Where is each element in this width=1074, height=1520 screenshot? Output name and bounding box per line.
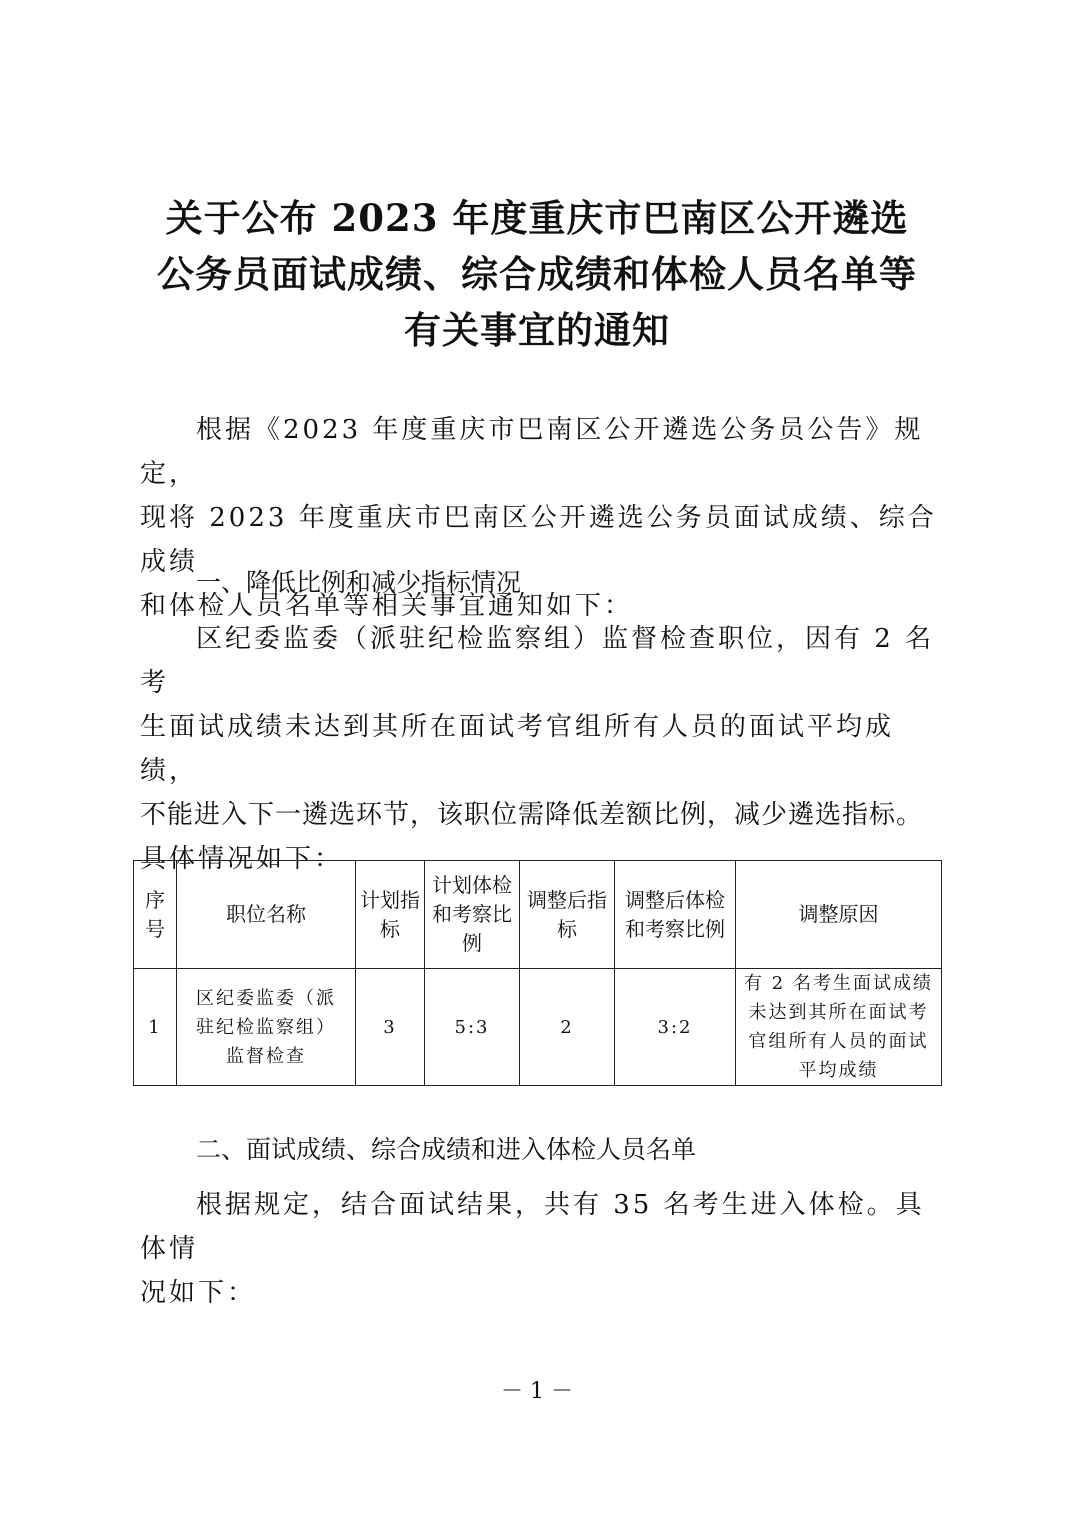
header-adjusted-ratio: 调整后体检和考察比例 [615, 861, 736, 969]
s2-line-1: 根据规定，结合面试结果，共有 35 名考生进入体检。具体情 [140, 1183, 940, 1271]
s1-line-3: 不能进入下一遴选环节，该职位需降低差额比例，减少遴选指标。 [140, 793, 940, 837]
table-header-row: 序号 职位名称 计划指标 计划体检和考察比例 调整后指标 调整后体检和考察比例 … [134, 861, 942, 969]
section-2-paragraph: 根据规定，结合面试结果，共有 35 名考生进入体检。具体情 况如下： [140, 1183, 940, 1315]
table-row: 1 区纪委监委（派驻纪检监察组）监督检查 3 5:3 2 3:2 有 2 名考生… [134, 969, 942, 1086]
cell-planned-ratio: 5:3 [425, 969, 520, 1086]
document-title: 关于公布 2023 年度重庆市巴南区公开遴选 公务员面试成绩、综合成绩和体检人员… [0, 190, 1074, 358]
cell-adjusted-quota: 2 [520, 969, 615, 1086]
header-planned-ratio: 计划体检和考察比例 [425, 861, 520, 969]
s1-line-1: 区纪委监委（派驻纪检监察组）监督检查职位，因有 2 名考 [140, 617, 940, 705]
cell-reason: 有 2 名考生面试成绩未达到其所在面试考官组所有人员的面试平均成绩 [736, 969, 942, 1086]
header-planned-quota: 计划指标 [356, 861, 425, 969]
cell-position: 区纪委监委（派驻纪检监察组）监督检查 [177, 969, 356, 1086]
s1-line-2: 生面试成绩未达到其所在面试考官组所有人员的面试平均成绩， [140, 705, 940, 793]
title-line-3: 有关事宜的通知 [0, 302, 1074, 358]
header-index: 序号 [134, 861, 177, 969]
header-reason: 调整原因 [736, 861, 942, 969]
intro-line-1: 根据《2023 年度重庆市巴南区公开遴选公务员公告》规定， [140, 408, 940, 496]
section-2-heading: 二、面试成绩、综合成绩和进入体检人员名单 [196, 1130, 696, 1170]
page-number: － 1 － [0, 1374, 1074, 1405]
title-line-2: 公务员面试成绩、综合成绩和体检人员名单等 [0, 246, 1074, 302]
adjustment-table: 序号 职位名称 计划指标 计划体检和考察比例 调整后指标 调整后体检和考察比例 … [133, 860, 942, 1086]
title-line-1: 关于公布 2023 年度重庆市巴南区公开遴选 [0, 190, 1074, 246]
section-1-paragraph: 区纪委监委（派驻纪检监察组）监督检查职位，因有 2 名考 生面试成绩未达到其所在… [140, 617, 940, 881]
cell-planned-quota: 3 [356, 969, 425, 1086]
cell-adjusted-ratio: 3:2 [615, 969, 736, 1086]
s2-line-2: 况如下： [140, 1271, 940, 1315]
header-adjusted-quota: 调整后指标 [520, 861, 615, 969]
section-1-heading: 一、降低比例和减少指标情况 [196, 563, 521, 603]
header-position: 职位名称 [177, 861, 356, 969]
cell-index: 1 [134, 969, 177, 1086]
